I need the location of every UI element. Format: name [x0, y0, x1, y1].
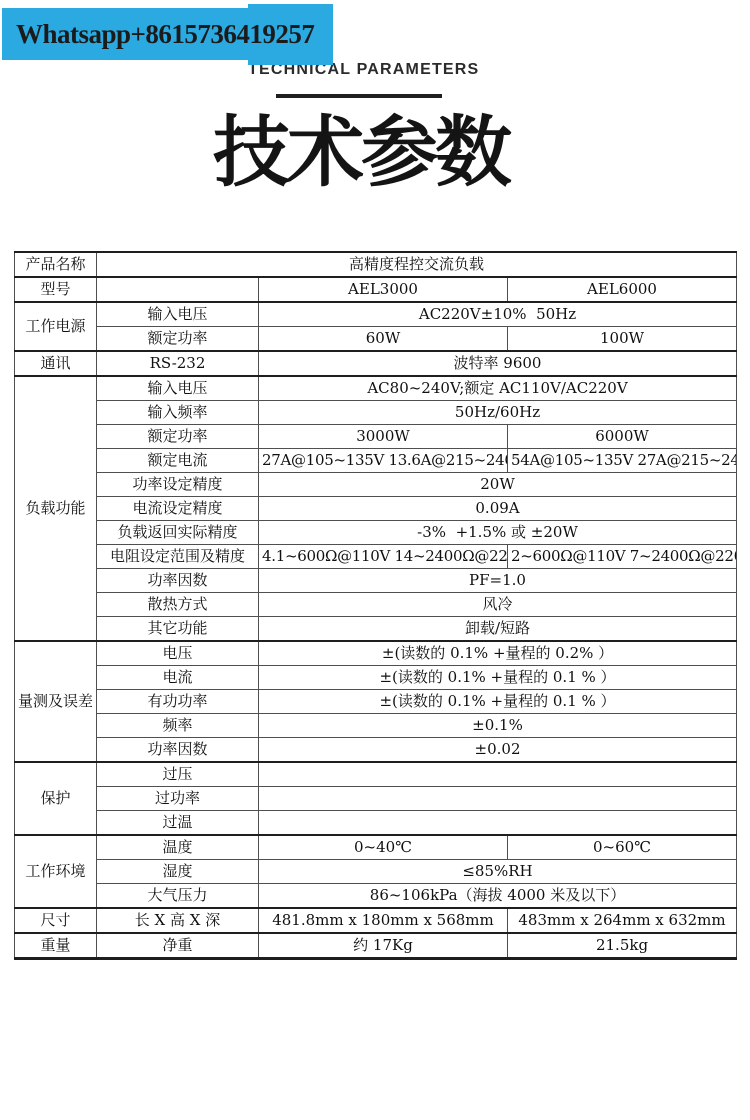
- group-cell: 量测及误差: [15, 641, 97, 762]
- value-cell: 0~60℃: [508, 835, 737, 860]
- group-cell: 工作环境: [15, 835, 97, 908]
- table-row: 有功功率 ±(读数的 0.1% +量程的 0.1 % ）: [15, 690, 737, 714]
- table-row: 额定电流 27A@105~135V 13.6A@215~240V 54A@105…: [15, 449, 737, 473]
- param-label-cell: 电流设定精度: [97, 497, 259, 521]
- table-row: 湿度 ≤85%RH: [15, 860, 737, 884]
- value-cell: 21.5kg: [508, 933, 737, 959]
- param-label-cell: 过温: [97, 811, 259, 836]
- value-cell: 卸载/短路: [259, 617, 737, 642]
- table-row: 工作电源 输入电压 AC220V±10% 50Hz: [15, 302, 737, 327]
- value-cell: 高精度程控交流负载: [97, 252, 737, 277]
- group-cell: 通讯: [15, 351, 97, 376]
- value-cell: 86~106kPa（海拔 4000 米及以下）: [259, 884, 737, 909]
- value-cell: 约 17Kg: [259, 933, 508, 959]
- table-row: 额定功率 3000W 6000W: [15, 425, 737, 449]
- page: TECHNICAL PARAMETERS Whatsapp+8615736419…: [0, 0, 750, 1120]
- param-label-cell: 有功功率: [97, 690, 259, 714]
- param-label-cell: 湿度: [97, 860, 259, 884]
- value-cell: 54A@105~135V 27A@215~240V: [508, 449, 737, 473]
- value-cell: 3000W: [259, 425, 508, 449]
- param-label-cell: 输入电压: [97, 302, 259, 327]
- table-row: 型号 AEL3000 AEL6000: [15, 277, 737, 302]
- whatsapp-banner: Whatsapp+8615736419257: [2, 8, 310, 60]
- value-cell: PF=1.0: [259, 569, 737, 593]
- value-cell: AC220V±10% 50Hz: [259, 302, 737, 327]
- value-cell: [259, 762, 737, 787]
- table-row: 功率因数 ±0.02: [15, 738, 737, 763]
- value-cell: ±0.02: [259, 738, 737, 763]
- value-cell: ±(读数的 0.1% +量程的 0.2% ）: [259, 641, 737, 666]
- param-label-cell: 净重: [97, 933, 259, 959]
- spec-table: 产品名称 高精度程控交流负载 型号 AEL3000 AEL6000 工作电源 输…: [14, 251, 737, 960]
- table-row: 大气压力 86~106kPa（海拔 4000 米及以下）: [15, 884, 737, 909]
- table-row: 电流 ±(读数的 0.1% +量程的 0.1 % ）: [15, 666, 737, 690]
- param-label-cell: [97, 277, 259, 302]
- value-cell: ±(读数的 0.1% +量程的 0.1 % ）: [259, 690, 737, 714]
- value-cell: ±(读数的 0.1% +量程的 0.1 % ）: [259, 666, 737, 690]
- value-cell: [259, 811, 737, 836]
- group-cell: 工作电源: [15, 302, 97, 351]
- value-cell: [259, 787, 737, 811]
- group-cell: 型号: [15, 277, 97, 302]
- value-cell: 60W: [259, 327, 508, 352]
- table-row: 量测及误差 电压 ±(读数的 0.1% +量程的 0.2% ）: [15, 641, 737, 666]
- value-cell: ±0.1%: [259, 714, 737, 738]
- value-cell: 0~40℃: [259, 835, 508, 860]
- param-label-cell: 过功率: [97, 787, 259, 811]
- table-row: 额定功率 60W 100W: [15, 327, 737, 352]
- table-row: 保护 过压: [15, 762, 737, 787]
- page-title-cn: 技术参数: [213, 114, 509, 195]
- value-cell: 2~600Ω@110V 7~2400Ω@220V ±5%: [508, 545, 737, 569]
- param-label-cell: 温度: [97, 835, 259, 860]
- value-cell: 483mm x 264mm x 632mm: [508, 908, 737, 933]
- value-cell: 0.09A: [259, 497, 737, 521]
- value-cell: AC80~240V;额定 AC110V/AC220V: [259, 376, 737, 401]
- param-label-cell: 散热方式: [97, 593, 259, 617]
- param-label-cell: 大气压力: [97, 884, 259, 909]
- group-cell: 尺寸: [15, 908, 97, 933]
- value-cell: ≤85%RH: [259, 860, 737, 884]
- table-row: 产品名称 高精度程控交流负载: [15, 252, 737, 277]
- param-label-cell: 输入频率: [97, 401, 259, 425]
- value-cell: 波特率 9600: [259, 351, 737, 376]
- table-row: 工作环境 温度 0~40℃ 0~60℃: [15, 835, 737, 860]
- value-cell: 50Hz/60Hz: [259, 401, 737, 425]
- group-cell: 保护: [15, 762, 97, 835]
- table-row: 功率因数 PF=1.0: [15, 569, 737, 593]
- table-row: 重量 净重 约 17Kg 21.5kg: [15, 933, 737, 959]
- param-label-cell: 过压: [97, 762, 259, 787]
- group-cell: 重量: [15, 933, 97, 959]
- value-cell: 481.8mm x 180mm x 568mm: [259, 908, 508, 933]
- param-label-cell: 长 X 高 X 深: [97, 908, 259, 933]
- table-row: 负载返回实际精度 -3% +1.5% 或 ±20W: [15, 521, 737, 545]
- param-label-cell: 额定功率: [97, 425, 259, 449]
- value-cell: 20W: [259, 473, 737, 497]
- whatsapp-number: Whatsapp+8615736419257: [2, 8, 310, 60]
- value-cell: 风冷: [259, 593, 737, 617]
- value-cell: -3% +1.5% 或 ±20W: [259, 521, 737, 545]
- param-label-cell: 功率因数: [97, 569, 259, 593]
- table-row: 电阻设定范围及精度 4.1~600Ω@110V 14~2400Ω@220V ±5…: [15, 545, 737, 569]
- title-underline: [276, 94, 442, 98]
- value-cell: 100W: [508, 327, 737, 352]
- value-cell: AEL3000: [259, 277, 508, 302]
- table-row: 电流设定精度 0.09A: [15, 497, 737, 521]
- table-row: 过功率: [15, 787, 737, 811]
- param-label-cell: 电流: [97, 666, 259, 690]
- table-row: 通讯 RS-232 波特率 9600: [15, 351, 737, 376]
- param-label-cell: 输入电压: [97, 376, 259, 401]
- param-label-cell: 额定功率: [97, 327, 259, 352]
- param-label-cell: 额定电流: [97, 449, 259, 473]
- param-label-cell: 其它功能: [97, 617, 259, 642]
- group-cell: 产品名称: [15, 252, 97, 277]
- param-label-cell: 电压: [97, 641, 259, 666]
- param-label-cell: 功率设定精度: [97, 473, 259, 497]
- table-row: 频率 ±0.1%: [15, 714, 737, 738]
- table-row: 尺寸 长 X 高 X 深 481.8mm x 180mm x 568mm 483…: [15, 908, 737, 933]
- param-label-cell: 负载返回实际精度: [97, 521, 259, 545]
- param-label-cell: RS-232: [97, 351, 259, 376]
- table-row: 其它功能 卸载/短路: [15, 617, 737, 642]
- value-cell: 6000W: [508, 425, 737, 449]
- table-row: 功率设定精度 20W: [15, 473, 737, 497]
- param-label-cell: 频率: [97, 714, 259, 738]
- param-label-cell: 功率因数: [97, 738, 259, 763]
- table-row: 过温: [15, 811, 737, 836]
- table-row: 输入频率 50Hz/60Hz: [15, 401, 737, 425]
- table-row: 散热方式 风冷: [15, 593, 737, 617]
- group-cell: 负载功能: [15, 376, 97, 641]
- value-cell: 27A@105~135V 13.6A@215~240V: [259, 449, 508, 473]
- value-cell: AEL6000: [508, 277, 737, 302]
- param-label-cell: 电阻设定范围及精度: [97, 545, 259, 569]
- table-row: 负载功能 输入电压 AC80~240V;额定 AC110V/AC220V: [15, 376, 737, 401]
- value-cell: 4.1~600Ω@110V 14~2400Ω@220V ±5%: [259, 545, 508, 569]
